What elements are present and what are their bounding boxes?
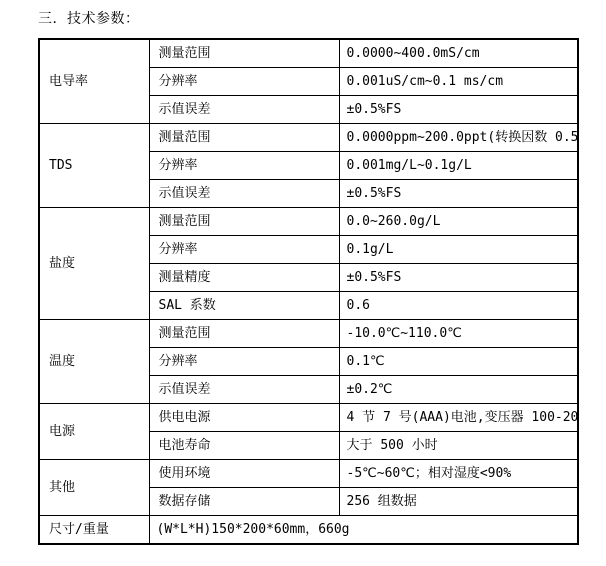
- param-label: SAL 系数: [149, 292, 339, 320]
- param-label: 供电电源: [149, 404, 339, 432]
- param-value: ±0.5%FS: [339, 96, 578, 124]
- param-value: 0.0~260.0g/L: [339, 208, 578, 236]
- table-row: 盐度 测量范围 0.0~260.0g/L: [39, 208, 578, 236]
- tech-params-table: 电导率 测量范围 0.0000~400.0mS/cm 分辨率 0.001uS/c…: [38, 38, 579, 545]
- param-label: 分辨率: [149, 236, 339, 264]
- param-value: ±0.2℃: [339, 376, 578, 404]
- table-row: 电导率 测量范围 0.0000~400.0mS/cm: [39, 39, 578, 68]
- table-row: 电源 供电电源 4 节 7 号(AAA)电池,变压器 100-200V: [39, 404, 578, 432]
- table-row: 温度 测量范围 -10.0℃~110.0℃: [39, 320, 578, 348]
- param-label: 测量范围: [149, 320, 339, 348]
- table-row: 尺寸/重量 (W*L*H)150*200*60mm，660g: [39, 516, 578, 545]
- param-value: ±0.5%FS: [339, 180, 578, 208]
- param-value: 0.0000~400.0mS/cm: [339, 39, 578, 68]
- param-label: 分辨率: [149, 68, 339, 96]
- param-value: 0.0000ppm~200.0ppt(转换因数 0.5): [339, 124, 578, 152]
- category-cell-salinity: 盐度: [39, 208, 149, 320]
- table-row: 其他 使用环境 -5℃~60℃；相对湿度<90%: [39, 460, 578, 488]
- param-label: 测量范围: [149, 124, 339, 152]
- param-value: 0.6: [339, 292, 578, 320]
- param-value: 0.1℃: [339, 348, 578, 376]
- param-value: 256 组数据: [339, 488, 578, 516]
- category-cell-power: 电源: [39, 404, 149, 460]
- param-label: 使用环境: [149, 460, 339, 488]
- category-cell-size-weight: 尺寸/重量: [39, 516, 149, 545]
- table-row: TDS 测量范围 0.0000ppm~200.0ppt(转换因数 0.5): [39, 124, 578, 152]
- category-cell-other: 其他: [39, 460, 149, 516]
- param-value: 0.1g/L: [339, 236, 578, 264]
- param-value: -5℃~60℃；相对湿度<90%: [339, 460, 578, 488]
- param-label: 示值误差: [149, 180, 339, 208]
- param-value: 0.001uS/cm~0.1 ms/cm: [339, 68, 578, 96]
- param-label: 分辨率: [149, 152, 339, 180]
- document-page: 三．技术参数： 电导率 测量范围 0.0000~400.0mS/cm 分辨率 0…: [0, 0, 606, 566]
- param-value: -10.0℃~110.0℃: [339, 320, 578, 348]
- param-value-size-weight: (W*L*H)150*200*60mm，660g: [149, 516, 578, 545]
- param-value: 0.001mg/L~0.1g/L: [339, 152, 578, 180]
- category-cell-temperature: 温度: [39, 320, 149, 404]
- param-value: 大于 500 小时: [339, 432, 578, 460]
- param-value: ±0.5%FS: [339, 264, 578, 292]
- category-cell-tds: TDS: [39, 124, 149, 208]
- param-label: 示值误差: [149, 96, 339, 124]
- param-label: 分辨率: [149, 348, 339, 376]
- param-value: 4 节 7 号(AAA)电池,变压器 100-200V: [339, 404, 578, 432]
- param-label: 数据存储: [149, 488, 339, 516]
- param-label: 示值误差: [149, 376, 339, 404]
- category-cell-conductivity: 电导率: [39, 39, 149, 124]
- param-label: 测量范围: [149, 39, 339, 68]
- page-title: 三．技术参数：: [38, 10, 140, 28]
- param-label: 测量范围: [149, 208, 339, 236]
- param-label: 测量精度: [149, 264, 339, 292]
- param-label: 电池寿命: [149, 432, 339, 460]
